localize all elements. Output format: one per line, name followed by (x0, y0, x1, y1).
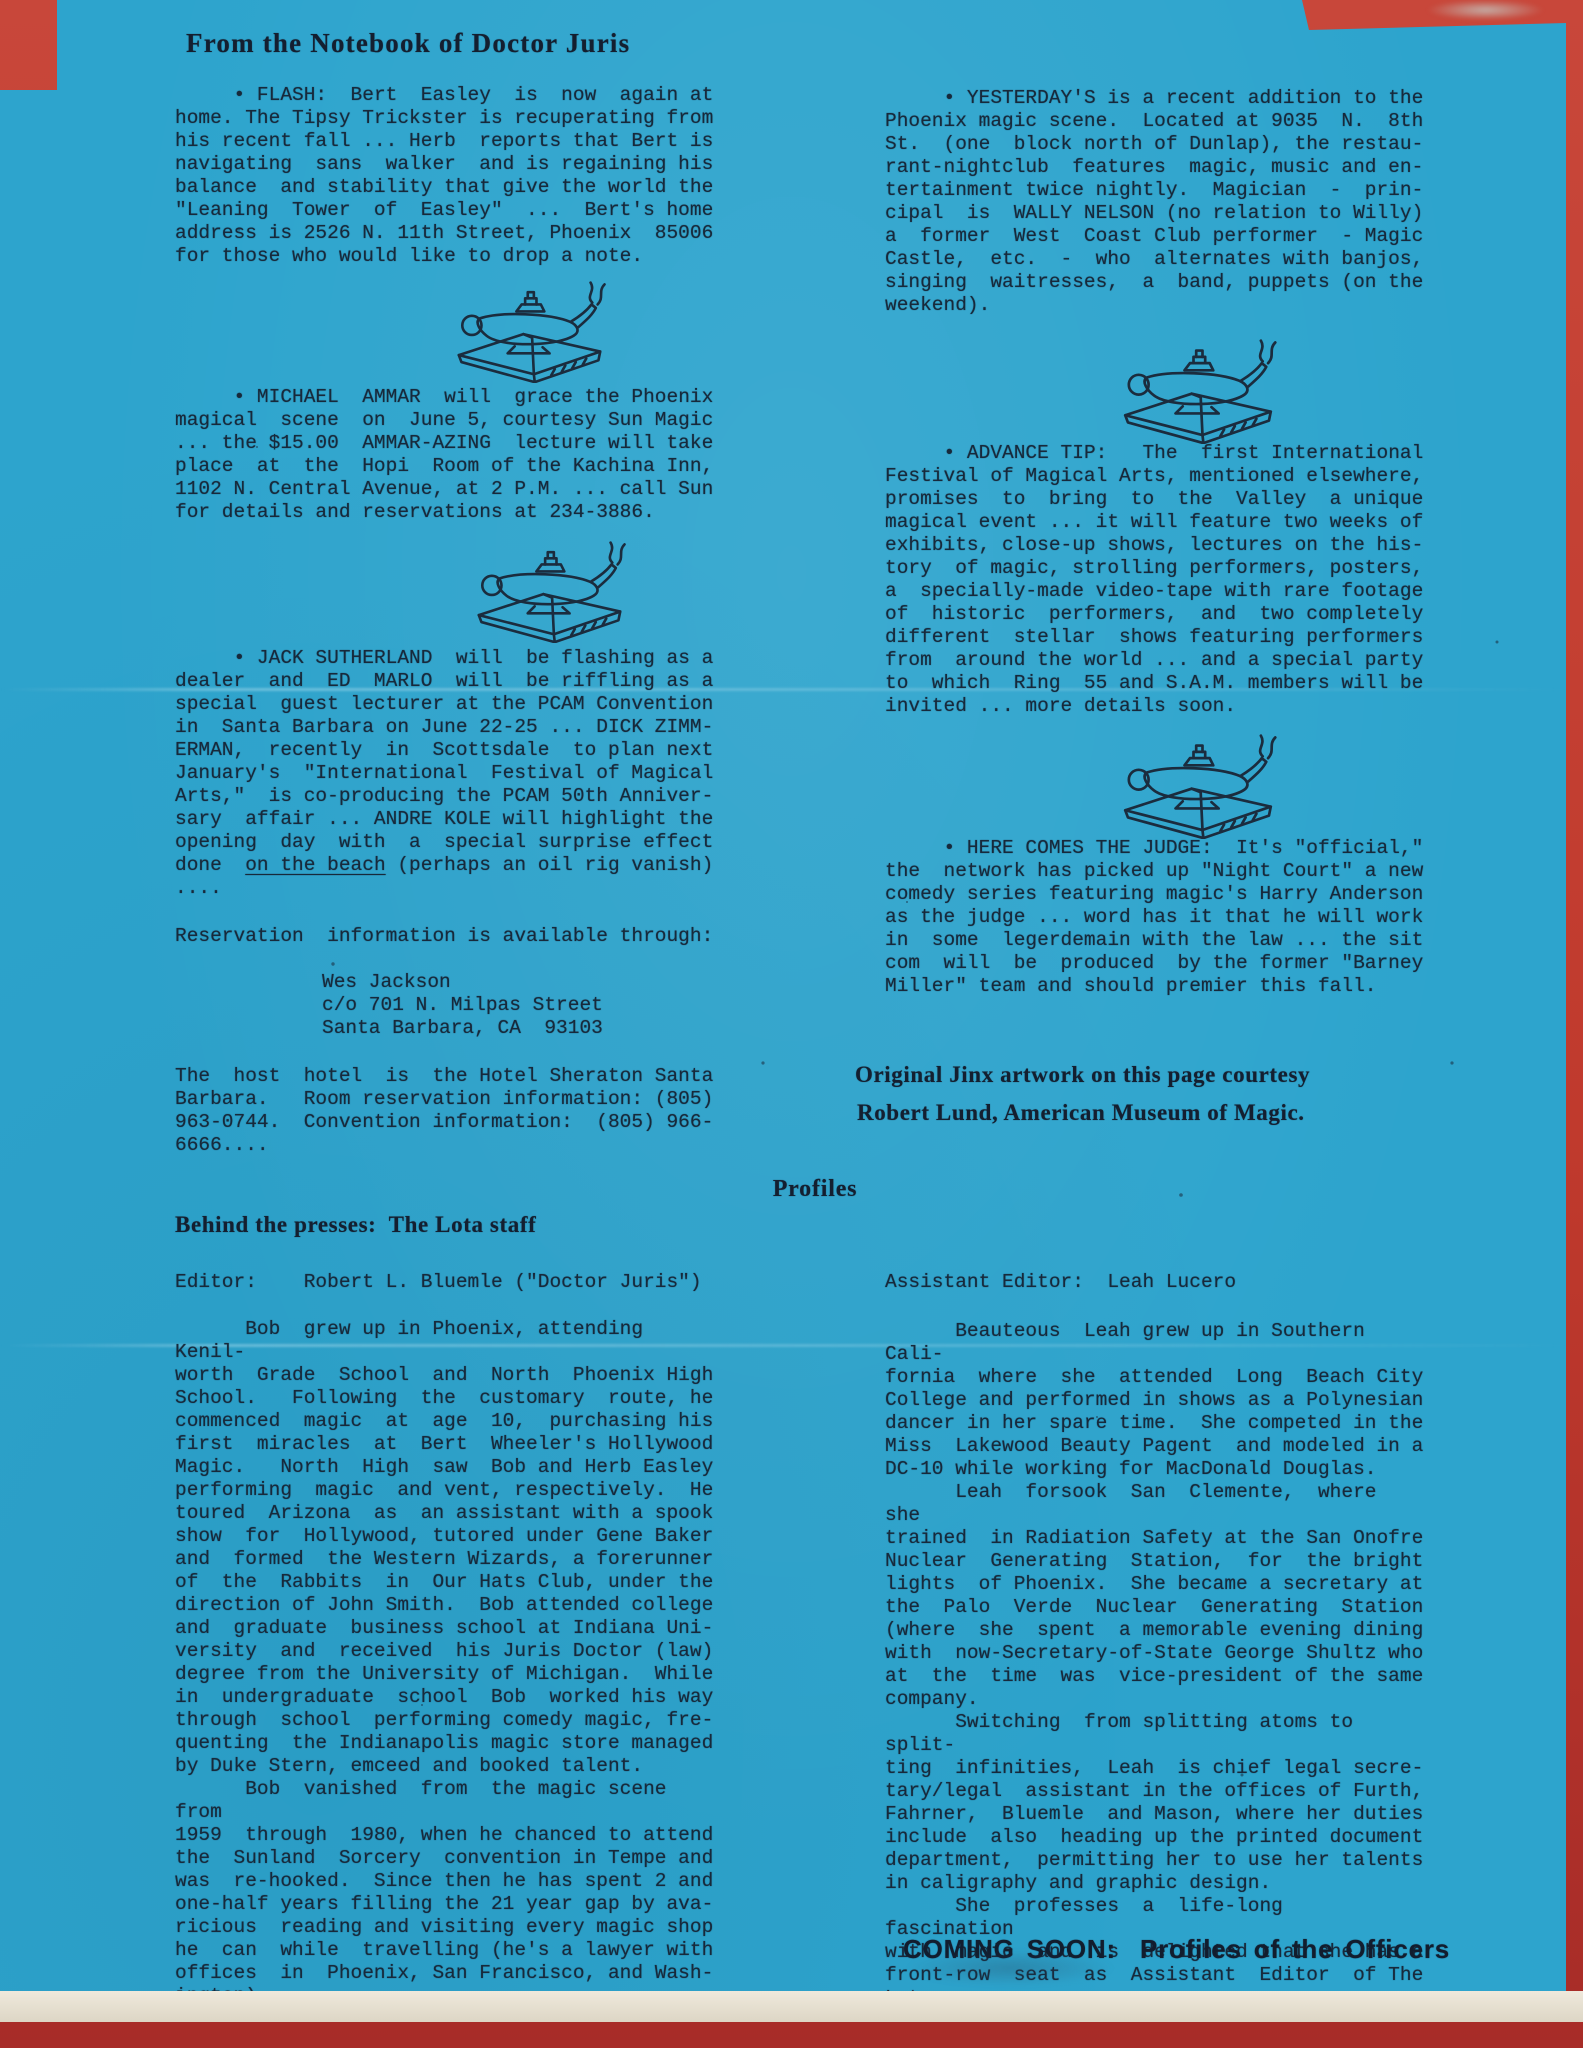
leah-bio-paragraph: Beauteous Leah grew up in Southern Cali-… (885, 1320, 1433, 2010)
editor-label: Editor: Robert L. Bluemle ("Doctor Juris… (175, 1271, 702, 1294)
genie-lamp-icon (1098, 338, 1298, 444)
yesterdays-paragraph: • YESTERDAY'S is a recent addition to th… (885, 87, 1430, 317)
bob-bio-paragraph: Bob grew up in Phoenix, attending Kenil-… (175, 1318, 723, 2008)
scan-smudge (905, 1950, 1115, 1986)
reservation-note: Reservation information is available thr… (175, 925, 735, 948)
jinx-credit-line1: Original Jinx artwork on this page court… (855, 1062, 1310, 1088)
ammar-paragraph: • MICHAEL AMMAR will grace the Phoenix m… (175, 386, 720, 524)
scan-smudge (1428, 0, 1543, 20)
judge-paragraph: • HERE COMES THE JUDGE: It's "official,"… (885, 837, 1430, 998)
scan-noise-specks (0, 0, 2, 2)
profiles-section-title: Profiles (700, 1176, 930, 1203)
page-title: From the Notebook of Doctor Juris (186, 28, 630, 59)
underlined-phrase: on the beach (245, 854, 385, 876)
scanner-bed-paper-strip (0, 1991, 1583, 2022)
contact-address-block: Wes Jackson c/o 701 N. Milpas Street San… (322, 971, 603, 1040)
flash-paragraph: • FLASH: Bert Easley is now again at hom… (175, 84, 720, 268)
scanned-newsletter: From the Notebook of Doctor Juris • FLAS… (0, 0, 1583, 2048)
genie-lamp-icon (432, 280, 627, 383)
newsletter-page: From the Notebook of Doctor Juris • FLAS… (0, 0, 1583, 2048)
advance-tip-paragraph: • ADVANCE TIP: The first International F… (885, 442, 1430, 718)
genie-lamp-icon (452, 540, 647, 643)
hotel-paragraph: The host hotel is the Hotel Sheraton San… (175, 1065, 735, 1157)
jinx-credit-line2: Robert Lund, American Museum of Magic. (857, 1100, 1305, 1126)
sutherland-text: • JACK SUTHERLAND will be flashing as a … (175, 647, 713, 876)
genie-lamp-icon (1098, 733, 1298, 839)
profiles-subtitle: Behind the presses: The Lota staff (175, 1212, 536, 1238)
sutherland-paragraph: • JACK SUTHERLAND will be flashing as a … (175, 647, 720, 900)
assistant-editor-label: Assistant Editor: Leah Lucero (885, 1271, 1236, 1294)
